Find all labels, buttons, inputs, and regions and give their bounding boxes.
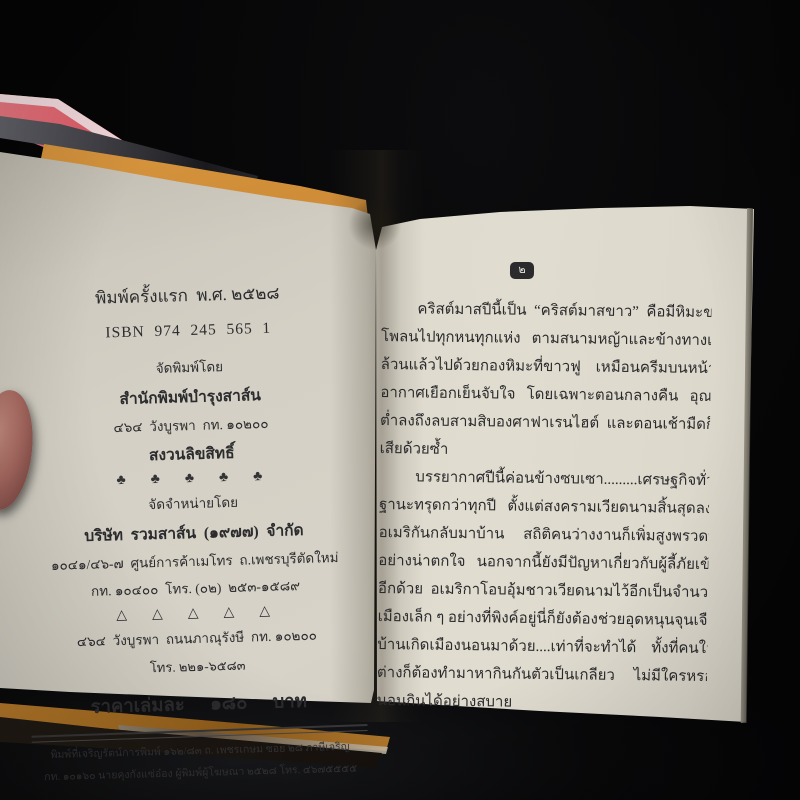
- text-line: อีกด้วย อเมริกาโอบอุ้มชาวเวียดนามไว้อีกเ…: [378, 575, 708, 607]
- text-line: บ้านเกิดเมืองนอนมาด้วย....เท่าที่จะทำได้…: [377, 631, 707, 663]
- distributor-address-2: กท. ๑๐๔๐๐ โทร. (๐๒) ๒๕๓-๑๕๘๙: [25, 572, 365, 603]
- isbn-line: ISBN 974 245 565 1: [18, 317, 358, 344]
- text-line: เมืองเล็ก ๆ อย่างที่พิงค์อยู่นี่ก็ยังต้อ…: [377, 603, 707, 635]
- text-line: บรรยากาศปีนี้ค่อนข้างซบเซา.........เศรษฐ…: [379, 463, 709, 495]
- right-page-text-block: คริสต์มาสปีนี้เป็น “คริสต์มาสขาว” คือมีห…: [376, 295, 711, 719]
- imprint-line-2: กท. ๑๐๑๖๐ นายคุงกังแซ่อ๋อง ผู้พิมพ์ผู้โฆ…: [30, 759, 370, 785]
- copyright-line: สงวนลิขสิทธิ์: [21, 436, 362, 470]
- publisher-name: สำนักพิมพ์บำรุงสาส์น: [20, 379, 361, 413]
- text-line: ต่างก็ต้องทำมาหากินกันตัวเป็นเกลียว ไม่ม…: [377, 659, 707, 691]
- published-by-label: จัดพิมพ์โดย: [19, 351, 359, 382]
- price-line: ราคาเล่มละ ๑๘๐ บาท: [28, 685, 369, 723]
- chapter-number-badge: ๒: [510, 262, 534, 279]
- text-line: คริสต์มาสปีนี้เป็น “คริสต์มาสขาว” คือมีห…: [381, 295, 711, 327]
- text-line: ต่ำลงถึงลบสามสิบองศาฟาเรนไฮต์ และตอนเช้า…: [380, 407, 710, 439]
- branch-phone: โทร. ๒๒๑-๖๕๘๓: [27, 651, 367, 681]
- text-line: นอนกินได้อย่างสบาย: [376, 687, 706, 719]
- distributor-address-1: ๑๐๔๑/๔๖-๗ ศูนย์การค้าเมโทร ถ.เพชรบุรีตัด…: [25, 545, 365, 576]
- text-line: อากาศเยือกเย็นจับใจ โดยเฉพาะตอนกลางคืน อ…: [380, 379, 710, 411]
- left-page-text-block: พิมพ์ครั้งแรก พ.ศ. ๒๕๒๘ ISBN 974 245 565…: [17, 277, 371, 790]
- text-line: ฐานะทรุดกว่าทุกปี ตั้งแต่สงครามเวียดนามส…: [379, 491, 709, 523]
- distributed-by-label: จัดจำหน่ายโดย: [23, 487, 363, 518]
- text-line: โพลนไปทุกหนทุกแห่ง ตามสนามหญ้าและข้างทาง…: [381, 323, 711, 355]
- publisher-address: ๔๖๔ วังบูรพา กท. ๑๐๒๐๐: [21, 409, 361, 440]
- text-line: ล้วนแล้วไปด้วยกองหิมะที่ขาวฟู เหมือนครีม…: [381, 351, 711, 383]
- text-line: เสียด้วยซ้ำ: [380, 435, 710, 467]
- open-book-photo-scene: พิมพ์ครั้งแรก พ.ศ. ๒๕๒๘ ISBN 974 245 565…: [0, 0, 800, 800]
- text-line: อเมริกันกลับมาบ้าน สถิติคนว่างงานก็เพิ่ม…: [378, 519, 708, 551]
- distributor-name: บริษัท รวมสาส์น (๑๙๗๗) จำกัด: [24, 515, 365, 549]
- gutter-fold-shadow: [348, 198, 402, 250]
- text-line: อย่างน่าตกใจ นอกจากนี้ยังมีปัญหาเกี่ยวกั…: [378, 547, 708, 579]
- branch-address: ๔๖๔ วังบูรพา ถนนภาณุรังษี กท. ๑๐๒๐๐: [27, 622, 367, 653]
